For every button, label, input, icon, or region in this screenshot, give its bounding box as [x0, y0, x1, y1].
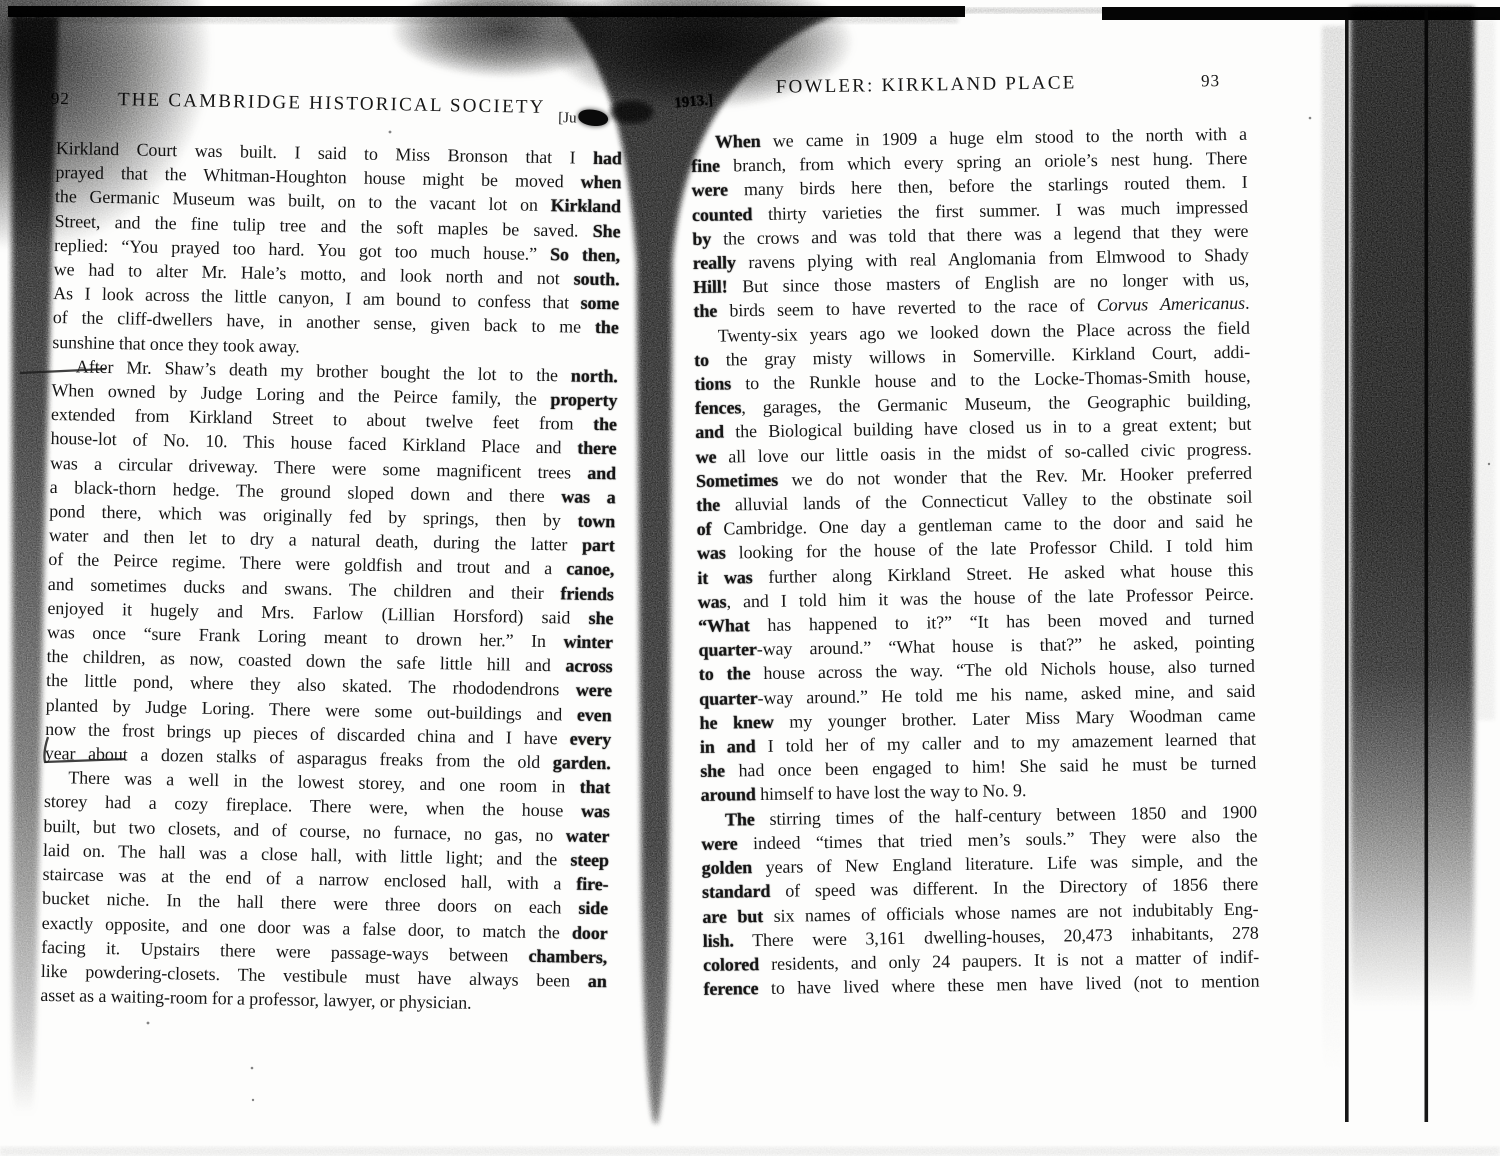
left-page: 92 THE CAMBRIDGE HISTORICAL SOCIETY [Ju …: [40, 88, 623, 1018]
paragraph: The stirring times of the half-century b…: [701, 799, 1260, 1001]
paragraph: Kirkland Court was built. I said to Miss…: [52, 136, 622, 364]
date-fragment-text: [Ju: [558, 110, 577, 126]
left-page-text: Kirkland Court was built. I said to Miss…: [40, 136, 622, 1018]
right-running-title: FOWLER: KIRKLAND PLACE: [648, 70, 1204, 100]
right-page-text: When we came in 1909 a huge elm stood to…: [691, 122, 1260, 1001]
ink-blob: [578, 108, 610, 127]
book-scan-spread: 92 THE CAMBRIDGE HISTORICAL SOCIETY [Ju …: [0, 0, 1500, 1156]
paragraph: When we came in 1909 a huge elm stood to…: [691, 122, 1250, 324]
paragraph: There was a well in the lowest storey, a…: [40, 765, 610, 1017]
bottom-edge-strip: [0, 1147, 1500, 1156]
right-page-number: 93: [1201, 71, 1220, 91]
left-page-header: 92 THE CAMBRIDGE HISTORICAL SOCIETY [Ju: [57, 88, 623, 124]
top-edge-bar: [8, 6, 1500, 23]
right-page: 1913.] FOWLER: KIRKLAND PLACE 93 When we…: [690, 70, 1260, 1001]
paragraph: After Mr. Shaw’s death my brother bought…: [45, 354, 618, 776]
right-edge-band: [1322, 8, 1495, 1122]
left-header-date-fragment: [Ju: [558, 106, 609, 128]
left-running-title: THE CAMBRIDGE HISTORICAL SOCIETY: [49, 88, 615, 120]
right-page-header: 1913.] FOWLER: KIRKLAND PLACE 93: [690, 70, 1246, 104]
paragraph: Twenty-six years ago we looked down the …: [694, 315, 1257, 807]
